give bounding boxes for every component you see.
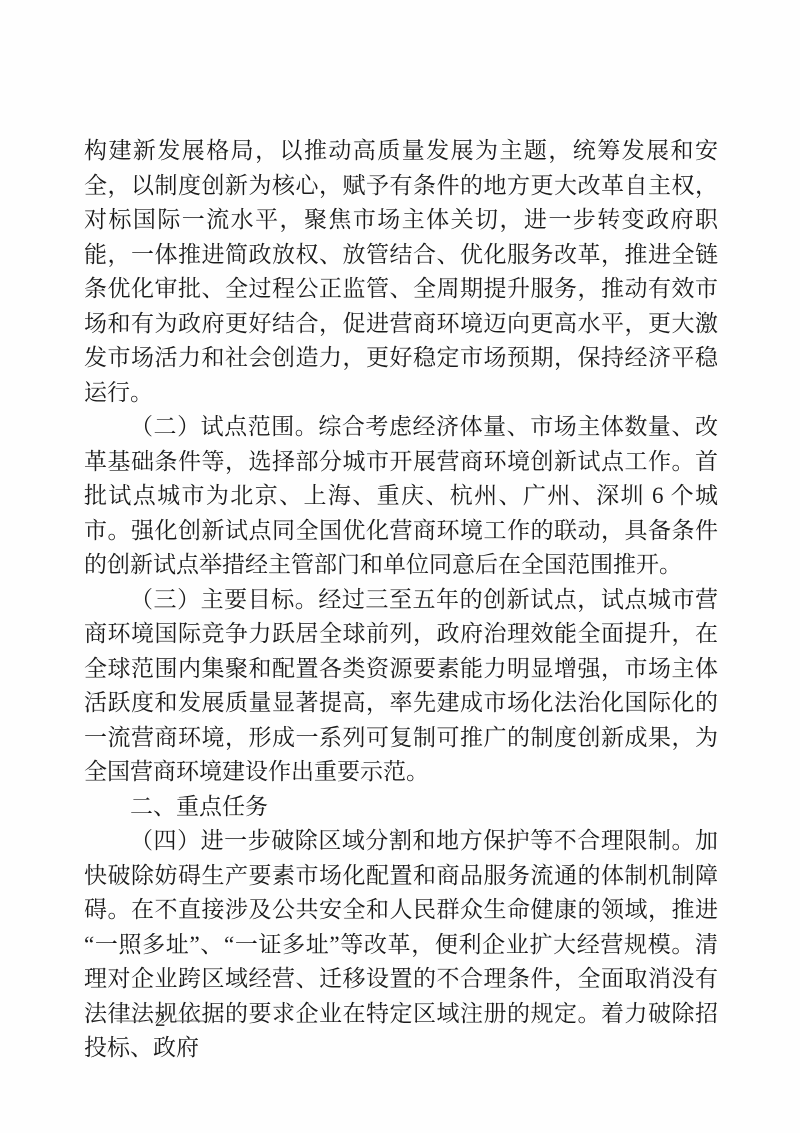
document-page: 构建新发展格局，以推动高质量发展为主题，统筹发展和安全，以制度创新为核心，赋予有…: [0, 0, 800, 1133]
paragraph-pilot-scope: （二）试点范围。综合考虑经济体量、市场主体数量、改革基础条件等，选择部分城市开展…: [84, 410, 718, 583]
page-number: 2: [155, 1004, 166, 1034]
section-heading-key-tasks: 二、重点任务: [84, 790, 718, 825]
document-body: 构建新发展格局，以推动高质量发展为主题，统筹发展和安全，以制度创新为核心，赋予有…: [84, 134, 718, 1066]
page-footer: — 2 —: [120, 1004, 201, 1034]
page-number-left-dash: —: [117, 1004, 144, 1034]
paragraph-continuation: 构建新发展格局，以推动高质量发展为主题，统筹发展和安全，以制度创新为核心，赋予有…: [84, 134, 718, 410]
paragraph-main-objectives: （三）主要目标。经过三至五年的创新试点，试点城市营商环境国际竞争力跃居全球前列，…: [84, 583, 718, 790]
page-number-right-dash: —: [176, 1004, 203, 1034]
